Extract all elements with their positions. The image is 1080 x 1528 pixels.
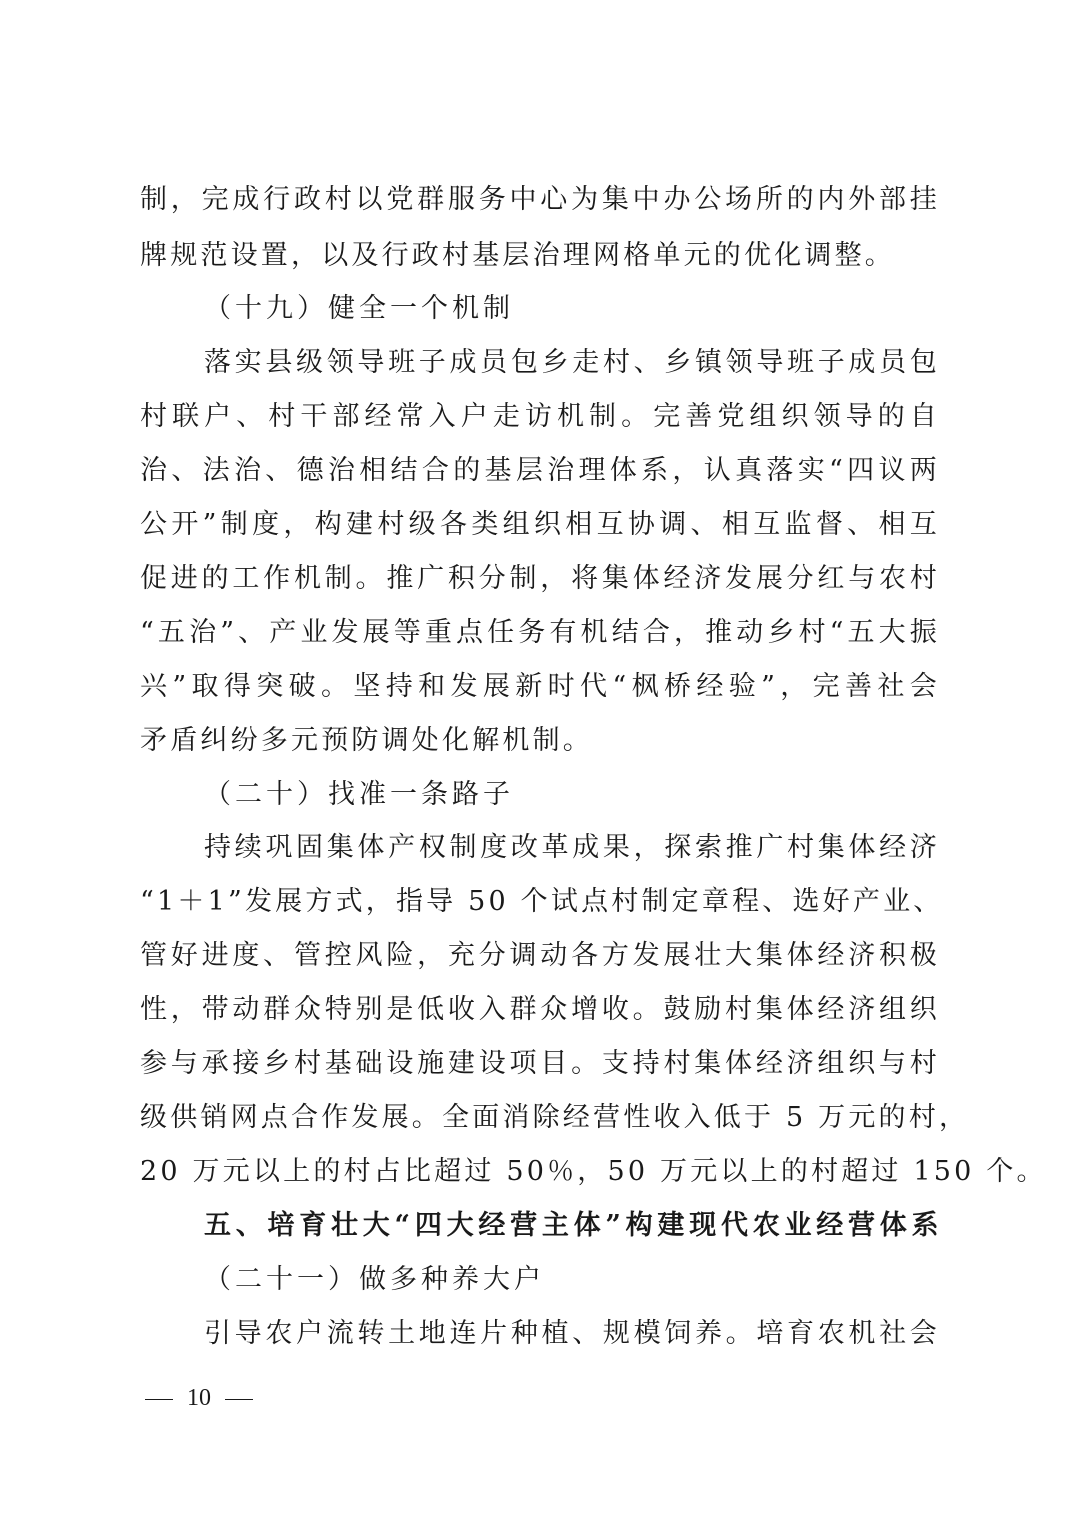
body-text-line: 持续巩固集体产权制度改革成果，探索推广村集体经济 [204, 830, 940, 866]
body-text-line: 牌规范设置，以及行政村基层治理网格单元的优化调整。 [140, 238, 940, 274]
section-subheading: （十九）健全一个机制 [204, 291, 940, 327]
body-text-line: 村联户、村干部经常入户走访机制。完善党组织领导的自 [140, 399, 940, 435]
body-text-line: 治、法治、德治相结合的基层治理体系，认真落实“四议两 [140, 453, 940, 489]
body-text-line: 参与承接乡村基础设施建设项目。支持村集体经济组织与村 [140, 1046, 940, 1082]
body-text-line: 促进的工作机制。推广积分制，将集体经济发展分红与农村 [140, 561, 940, 597]
section-heading: 五、培育壮大“四大经营主体”构建现代农业经营体系 [204, 1208, 940, 1244]
body-text-line: 制，完成行政村以党群服务中心为集中办公场所的内外部挂 [140, 182, 940, 218]
body-text-line: 管好进度、管控风险，充分调动各方发展壮大集体经济积极 [140, 938, 940, 974]
document-page: 制，完成行政村以党群服务中心为集中办公场所的内外部挂 牌规范设置，以及行政村基层… [0, 0, 1080, 1528]
section-subheading: （二十一）做多种养大户 [204, 1262, 940, 1298]
body-text-line: 落实县级领导班子成员包乡走村、乡镇领导班子成员包 [204, 345, 940, 381]
body-text-line: 20 万元以上的村占比超过 50％，50 万元以上的村超过 150 个。 [140, 1154, 940, 1190]
section-subheading: （二十）找准一条路子 [204, 777, 940, 813]
body-text-line: “1＋1”发展方式，指导 50 个试点村制定章程、选好产业、 [140, 884, 940, 920]
body-text-line: 公开”制度，构建村级各类组织相互协调、相互监督、相互 [140, 507, 940, 543]
body-text-line: 性，带动群众特别是低收入群众增收。鼓励村集体经济组织 [140, 992, 940, 1028]
page-footer: 10 [145, 1383, 267, 1413]
body-text-line: 矛盾纠纷多元预防调处化解机制。 [140, 723, 940, 759]
page-number: 10 [187, 1385, 211, 1411]
body-text-line: 级供销网点合作发展。全面消除经营性收入低于 5 万元的村， [140, 1100, 940, 1136]
body-text-line: 引导农户流转土地连片种植、规模饲养。培育农机社会 [204, 1316, 940, 1352]
body-text-line: 兴”取得突破。坚持和发展新时代“枫桥经验”，完善社会 [140, 669, 940, 705]
body-text-line: “五治”、产业发展等重点任务有机结合，推动乡村“五大振 [140, 615, 940, 651]
footer-dash-right [225, 1399, 253, 1400]
footer-dash-left [145, 1399, 173, 1400]
